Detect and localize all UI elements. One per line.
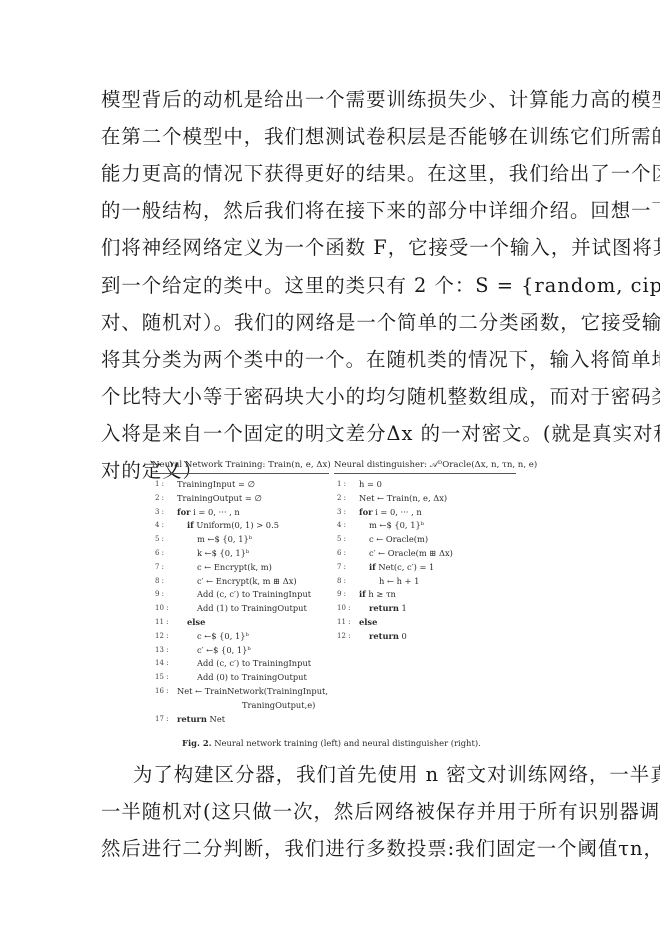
text-line: 个比特大小等于密码块大小的均匀随机整数组成，而对于密码类，输 <box>101 385 660 409</box>
code-text: i = 0, ··· , n <box>372 507 421 517</box>
text-line: 入将是来自一个固定的明文差分Δx 的一对密文。(就是真实对和随机 <box>101 422 660 446</box>
line-code: m ←$ {0, 1}ᵇ <box>197 533 252 547</box>
algorithm-line: 13 :c′ ←$ {0, 1}ᵇ <box>152 644 329 658</box>
algorithm-line: 8 :c′ ← Encrypt(k, m ⊞ Δx) <box>152 575 329 589</box>
line-code: if Uniform(0, 1) > 0.5 <box>187 519 279 533</box>
text-line: 到一个给定的类中。这里的类只有 2 个：S = {random, cipher}… <box>101 274 660 298</box>
keyword: return <box>369 631 399 641</box>
code-text: h = 0 <box>359 479 382 489</box>
code-text: TrainingOutput = ∅ <box>177 493 262 503</box>
code-text: Add (1) to TrainingOutput <box>197 603 307 613</box>
line-number: 11 : <box>337 616 355 630</box>
line-code: c ← Oracle(m) <box>369 533 428 547</box>
line-number: 1 : <box>155 478 173 492</box>
code-text: c ← Oracle(m) <box>369 534 428 544</box>
line-code: k ←$ {0, 1}ᵇ <box>197 547 249 561</box>
distinguisher-algorithm: Neural distinguisher: 𝒜ᴰOracle(Δx, n, τn… <box>334 458 516 644</box>
training-algorithm-header: Neural Network Training: Train(n, e, Δx) <box>152 458 329 474</box>
line-code: c′ ←$ {0, 1}ᵇ <box>197 644 251 658</box>
keyword: if <box>187 520 194 530</box>
line-code: Net ← TrainNetwork(TrainingInput, <box>177 685 328 699</box>
training-algorithm: Neural Network Training: Train(n, e, Δx)… <box>152 458 329 726</box>
algorithm-line: 12 :return 0 <box>334 630 516 644</box>
code-text: 0 <box>399 631 407 641</box>
training-algorithm-rows: 1 :TrainingInput = ∅2 :TrainingOutput = … <box>152 478 329 726</box>
algorithm-line: 7 :if Net(c, c′) = 1 <box>334 561 516 575</box>
algorithm-line: 3 :for i = 0, ··· , n <box>152 506 329 520</box>
line-code: return 1 <box>369 602 407 616</box>
keyword: if <box>369 562 376 572</box>
text-line: 一半随机对(这只做一次，然后网络被保存并用于所有识别器调用)， <box>101 800 660 824</box>
text-line: 模型背后的动机是给出一个需要训练损失少、计算能力高的模型，而 <box>101 88 660 112</box>
algorithm-line: 8 :h ← h + 1 <box>334 575 516 589</box>
algorithm-line: 5 :c ← Oracle(m) <box>334 533 516 547</box>
text-line: 们将神经网络定义为一个函数 F，它接受一个输入，并试图将其分类 <box>101 236 660 260</box>
code-text: c′ ← Encrypt(k, m ⊞ Δx) <box>197 576 297 586</box>
line-code: TrainingInput = ∅ <box>177 478 255 492</box>
line-code: c ← Encrypt(k, m) <box>197 561 272 575</box>
figure-caption: Fig. 2. Neural network training (left) a… <box>182 738 481 748</box>
keyword: for <box>359 507 372 517</box>
code-text: Net ← Train(n, e, Δx) <box>359 493 447 503</box>
code-text: TraningOutput,e) <box>242 700 315 710</box>
algorithm-line: 10 :Add (1) to TrainingOutput <box>152 602 329 616</box>
figure-caption-text: Neural network training (left) and neura… <box>212 738 481 748</box>
keyword: for <box>177 507 190 517</box>
algorithm-line: 1 :h = 0 <box>334 478 516 492</box>
text-line: 对、随机对）。我们的网络是一个简单的二分类函数，它接受输入并 <box>101 311 660 335</box>
code-text: Net <box>207 714 225 724</box>
line-number: 8 : <box>337 575 355 589</box>
algorithm-line: 12 :c ←$ {0, 1}ᵇ <box>152 630 329 644</box>
code-text: Add (c, c′) to TrainingInput <box>197 658 311 668</box>
keyword: if <box>359 589 366 599</box>
line-number: 6 : <box>155 547 173 561</box>
code-text: Add (0) to TrainingOutput <box>197 672 307 682</box>
algorithm-line: 14 :Add (c, c′) to TrainingInput <box>152 657 329 671</box>
line-code: return 0 <box>369 630 407 644</box>
line-number: 2 : <box>155 492 173 506</box>
code-text: 1 <box>399 603 407 613</box>
algorithm-line: 9 :Add (c, c′) to TrainingInput <box>152 588 329 602</box>
code-text: Net(c, c′) = 1 <box>376 562 435 572</box>
line-number: 17 : <box>155 713 173 727</box>
line-code: TraningOutput,e) <box>242 699 315 713</box>
algorithm-figure: Neural Network Training: Train(n, e, Δx)… <box>152 458 512 758</box>
algorithm-line: 2 :Net ← Train(n, e, Δx) <box>334 492 516 506</box>
distinguisher-algorithm-header: Neural distinguisher: 𝒜ᴰOracle(Δx, n, τn… <box>334 458 516 474</box>
line-code: for i = 0, ··· , n <box>177 506 240 520</box>
line-code: Add (c, c′) to TrainingInput <box>197 588 311 602</box>
line-number: 6 : <box>337 547 355 561</box>
keyword: else <box>187 617 205 627</box>
code-text: h ≥ τn <box>366 589 396 599</box>
line-number: 16 : <box>155 685 173 699</box>
line-code: m ←$ {0, 1}ᵇ <box>369 519 424 533</box>
algorithm-line: 11 :else <box>152 616 329 630</box>
line-code: Add (c, c′) to TrainingInput <box>197 657 311 671</box>
line-number: 11 : <box>155 616 173 630</box>
line-code: Net ← Train(n, e, Δx) <box>359 492 447 506</box>
algorithm-line: 2 :TrainingOutput = ∅ <box>152 492 329 506</box>
line-number: 9 : <box>155 588 173 602</box>
line-number: 10 : <box>155 602 173 616</box>
code-text: c′ ←$ {0, 1}ᵇ <box>197 645 251 655</box>
algorithm-line: 7 :c ← Encrypt(k, m) <box>152 561 329 575</box>
line-number: 12 : <box>155 630 173 644</box>
line-code: else <box>359 616 377 630</box>
line-number: 9 : <box>337 588 355 602</box>
line-number: 1 : <box>337 478 355 492</box>
algorithm-line: 9 :if h ≥ τn <box>334 588 516 602</box>
keyword: else <box>359 617 377 627</box>
line-number: 4 : <box>337 519 355 533</box>
algorithm-line: 4 :m ←$ {0, 1}ᵇ <box>334 519 516 533</box>
line-code: c ←$ {0, 1}ᵇ <box>197 630 249 644</box>
code-text: k ←$ {0, 1}ᵇ <box>197 548 249 558</box>
algorithm-line: TraningOutput,e) <box>152 699 329 713</box>
text-line: 为了构建区分器，我们首先使用 n 密文对训练网络，一半真实对 <box>133 763 660 787</box>
line-number: 3 : <box>337 506 355 520</box>
keyword: return <box>369 603 399 613</box>
algorithm-line: 15 :Add (0) to TrainingOutput <box>152 671 329 685</box>
code-text: i = 0, ··· , n <box>190 507 239 517</box>
line-number: 7 : <box>337 561 355 575</box>
line-number: 10 : <box>337 602 355 616</box>
algorithm-line: 1 :TrainingInput = ∅ <box>152 478 329 492</box>
line-number: 12 : <box>337 630 355 644</box>
code-text: Net ← TrainNetwork(TrainingInput, <box>177 686 328 696</box>
algorithm-line: 4 :if Uniform(0, 1) > 0.5 <box>152 519 329 533</box>
algorithm-line: 6 :k ←$ {0, 1}ᵇ <box>152 547 329 561</box>
line-code: Add (0) to TrainingOutput <box>197 671 307 685</box>
line-code: if h ≥ τn <box>359 588 396 602</box>
algorithm-line: 17 :return Net <box>152 713 329 727</box>
line-number: 8 : <box>155 575 173 589</box>
line-number: 3 : <box>155 506 173 520</box>
line-code: for i = 0, ··· , n <box>359 506 422 520</box>
line-code: h = 0 <box>359 478 382 492</box>
algorithm-line: 16 :Net ← TrainNetwork(TrainingInput, <box>152 685 329 699</box>
code-text: Uniform(0, 1) > 0.5 <box>194 520 279 530</box>
distinguisher-algorithm-rows: 1 :h = 02 :Net ← Train(n, e, Δx)3 :for i… <box>334 478 516 644</box>
line-code: else <box>187 616 205 630</box>
line-number: 5 : <box>155 533 173 547</box>
line-number: 15 : <box>155 671 173 685</box>
line-number: 2 : <box>337 492 355 506</box>
line-code: h ← h + 1 <box>379 575 419 589</box>
keyword: return <box>177 714 207 724</box>
algorithm-line: 10 :return 1 <box>334 602 516 616</box>
line-number: 14 : <box>155 657 173 671</box>
code-text: c ←$ {0, 1}ᵇ <box>197 631 249 641</box>
code-text: h ← h + 1 <box>379 576 419 586</box>
line-code: c′ ← Encrypt(k, m ⊞ Δx) <box>197 575 297 589</box>
code-text: m ←$ {0, 1}ᵇ <box>197 534 252 544</box>
line-number: 4 : <box>155 519 173 533</box>
code-text: Add (c, c′) to TrainingInput <box>197 589 311 599</box>
figure-caption-label: Fig. 2. <box>182 738 212 748</box>
line-number: 7 : <box>155 561 173 575</box>
line-code: return Net <box>177 713 225 727</box>
text-line: 能力更高的情况下获得更好的结果。在这里，我们给出了一个区分器 <box>101 162 660 186</box>
code-text: c ← Encrypt(k, m) <box>197 562 272 572</box>
line-code: c′ ← Oracle(m ⊞ Δx) <box>369 547 453 561</box>
code-text: m ←$ {0, 1}ᵇ <box>369 520 424 530</box>
text-line: 将其分类为两个类中的一个。在随机类的情况下，输入将简单地由两 <box>101 348 660 372</box>
text-line: 在第二个模型中，我们想测试卷积层是否能够在训练它们所需的计算 <box>101 125 660 149</box>
algorithm-line: 3 :for i = 0, ··· , n <box>334 506 516 520</box>
line-number: 5 : <box>337 533 355 547</box>
text-line: 然后进行二分判断，我们进行多数投票:我们固定一个阈值τn，我们 <box>101 837 660 861</box>
algorithm-line: 11 :else <box>334 616 516 630</box>
line-code: Add (1) to TrainingOutput <box>197 602 307 616</box>
line-code: TrainingOutput = ∅ <box>177 492 262 506</box>
line-number: 13 : <box>155 644 173 658</box>
code-text: TrainingInput = ∅ <box>177 479 255 489</box>
algorithm-line: 6 :c′ ← Oracle(m ⊞ Δx) <box>334 547 516 561</box>
algorithm-line: 5 :m ←$ {0, 1}ᵇ <box>152 533 329 547</box>
code-text: c′ ← Oracle(m ⊞ Δx) <box>369 548 453 558</box>
text-line: 的一般结构，然后我们将在接下来的部分中详细介绍。回想一下，我 <box>101 199 660 223</box>
line-code: if Net(c, c′) = 1 <box>369 561 434 575</box>
